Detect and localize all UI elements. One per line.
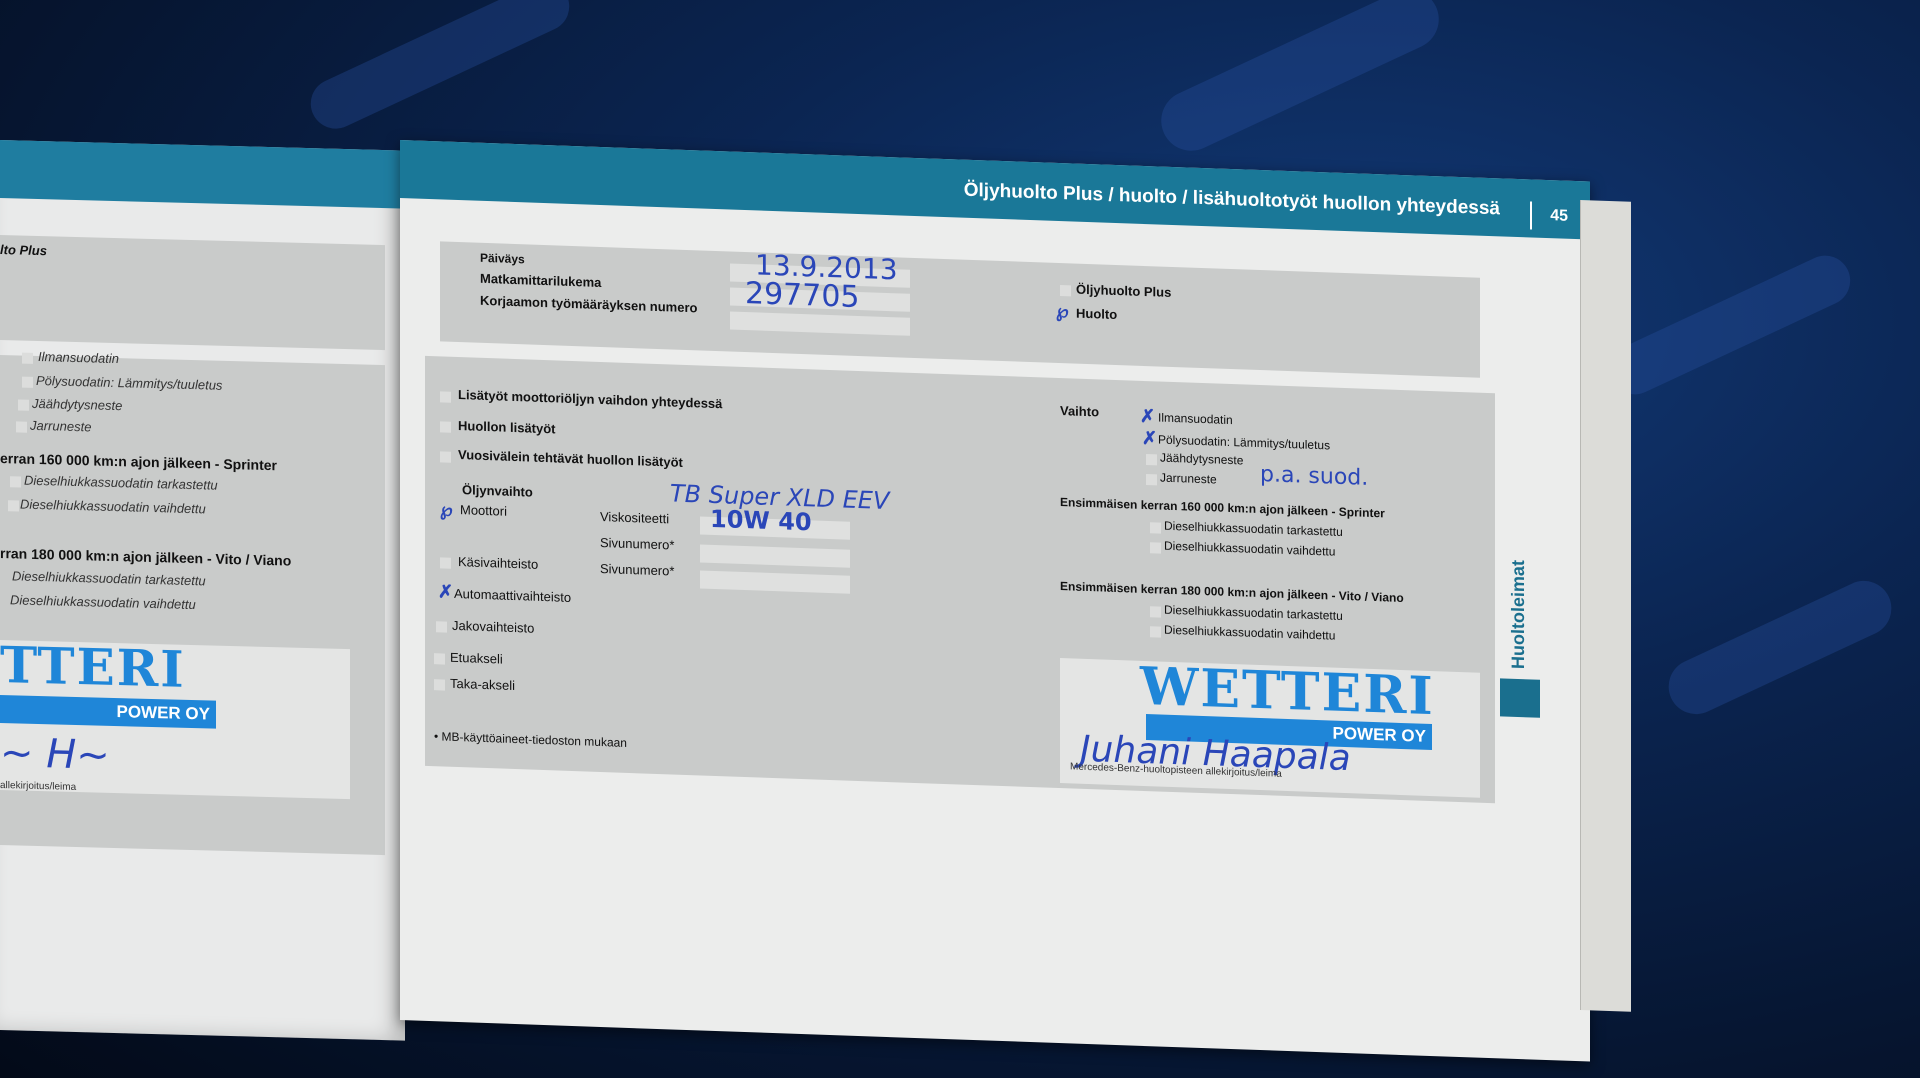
- viscosity-value: 10W 40: [710, 505, 812, 537]
- checkbox-vito-replaced[interactable]: [1150, 626, 1161, 637]
- handwritten-note: p.a. suod.: [1260, 462, 1368, 491]
- checkbox-vito-inspected[interactable]: [1150, 606, 1161, 617]
- left-stamp-sub: POWER OY: [0, 695, 216, 729]
- service-type-huolto: Huolto: [1076, 306, 1117, 322]
- left-header-band: [0, 140, 405, 209]
- checkbox-jarruneste[interactable]: [1146, 474, 1157, 485]
- oil-change-heading: Öljynvaihto: [462, 482, 533, 499]
- replacement-jarruneste: Jarruneste: [1160, 471, 1217, 487]
- page-number-label-1: Sivunumero*: [600, 535, 674, 553]
- carpet-pattern: [303, 0, 578, 137]
- checkbox-kasivaihteisto[interactable]: [440, 557, 451, 568]
- checkbox-automaattivaihteisto-checked[interactable]: ✗: [438, 581, 453, 603]
- left-checkbox[interactable]: [16, 421, 27, 432]
- left-checkbox[interactable]: [22, 377, 33, 388]
- oil-item-etuakseli: Etuakseli: [450, 650, 503, 667]
- viscosity-label: Viskositeetti: [600, 509, 669, 526]
- checkbox-extra-work[interactable]: [440, 421, 451, 432]
- odometer-value: 297705: [745, 276, 860, 315]
- checkbox-etuakseli[interactable]: [434, 653, 445, 664]
- left-checkbox[interactable]: [10, 476, 21, 487]
- carpet-pattern: [1602, 247, 1859, 402]
- replacement-heading: Vaihto: [1060, 403, 1099, 419]
- oil-item-jakovaihteisto: Jakovaihteisto: [452, 618, 534, 636]
- checkbox-extra-work[interactable]: [440, 451, 451, 462]
- header-band: Öljyhuolto Plus / huolto / lisähuoltotyö…: [400, 140, 1590, 240]
- replacement-ilmansuodatin: Ilmansuodatin: [1158, 410, 1233, 427]
- checkbox-oljyhuolto-plus[interactable]: [1060, 285, 1071, 296]
- oil-item-taka-akseli: Taka-akseli: [450, 676, 515, 693]
- side-tab-marker: [1500, 678, 1540, 717]
- checkbox-ilmansuodatin-checked[interactable]: ✗: [1140, 406, 1155, 428]
- checkbox-huolto-checked[interactable]: ℘: [1056, 301, 1069, 322]
- replacement-jaahdytysneste: Jäähdytysneste: [1160, 451, 1243, 468]
- left-top-panel: [0, 235, 385, 350]
- checkbox-taka-akseli[interactable]: [434, 679, 445, 690]
- left-item: Jarruneste: [30, 418, 91, 435]
- left-signature: ~ H~: [0, 730, 110, 779]
- left-checkbox[interactable]: [18, 399, 29, 410]
- left-item: Jäähdytysneste: [32, 396, 122, 413]
- right-page: Öljyhuolto Plus / huolto / lisähuoltotyö…: [400, 140, 1590, 1062]
- left-stamp-name: TTERI: [0, 635, 186, 699]
- service-booklet: lto Plus Ilmansuodatin Pölysuodatin: Läm…: [0, 130, 1640, 1030]
- date-label: Päiväys: [480, 251, 525, 267]
- left-item: Ilmansuodatin: [38, 349, 119, 366]
- side-tab-label: Huoltoleimat: [1508, 560, 1529, 670]
- checkbox-jakovaihteisto[interactable]: [436, 621, 447, 632]
- carpet-pattern: [1660, 572, 1901, 723]
- left-checkbox[interactable]: [22, 353, 33, 364]
- page-header-title: Öljyhuolto Plus / huolto / lisähuoltotyö…: [964, 180, 1500, 221]
- oil-item-kasivaihteisto: Käsivaihteisto: [458, 554, 538, 572]
- page-number: 45: [1530, 201, 1568, 230]
- checkbox-moottori-checked[interactable]: ℘: [440, 499, 453, 520]
- checkbox-extra-work[interactable]: [440, 391, 451, 402]
- checkbox-sprinter-inspected[interactable]: [1150, 522, 1161, 533]
- checkbox-sprinter-replaced[interactable]: [1150, 542, 1161, 553]
- oil-item-moottori: Moottori: [460, 502, 507, 519]
- left-signature-caption: allekirjoitus/leima: [0, 780, 76, 793]
- left-page: lto Plus Ilmansuodatin Pölysuodatin: Läm…: [0, 140, 405, 1041]
- page-number-label-2: Sivunumero*: [600, 561, 674, 579]
- checkbox-jaahdytysneste[interactable]: [1146, 454, 1157, 465]
- left-checkbox[interactable]: [8, 500, 19, 511]
- page-edges: [1580, 200, 1631, 1012]
- checkbox-polysuodatin-checked[interactable]: ✗: [1142, 428, 1157, 450]
- left-section-title: lto Plus: [0, 242, 47, 258]
